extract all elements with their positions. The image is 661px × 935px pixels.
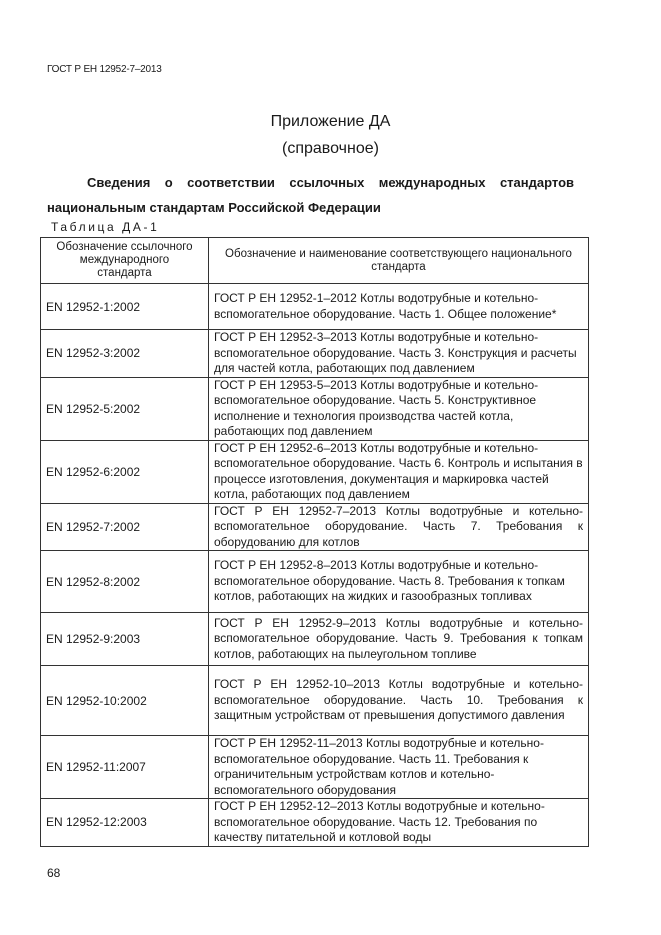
national-standard-cell: ГОСТ Р ЕН 12952-11–2013 Котлы водотрубны… [209, 736, 589, 799]
column-header-reference: Обозначение ссылочного международного ст… [41, 238, 209, 284]
reference-standard-cell: EN 12952-7:2002 [41, 503, 209, 551]
national-standard-cell: ГОСТ Р ЕН 12952-12–2013 Котлы водотрубны… [209, 799, 589, 847]
reference-standard-cell: EN 12952-6:2002 [41, 440, 209, 503]
table-row: EN 12952-6:2002ГОСТ Р ЕН 12952-6–2013 Ко… [41, 440, 589, 503]
table-row: EN 12952-12:2003ГОСТ Р ЕН 12952-12–2013 … [41, 799, 589, 847]
table-row: EN 12952-1:2002ГОСТ Р ЕН 12952-1–2012 Ко… [41, 284, 589, 330]
intro-line-1: Сведения о соответствии ссылочных междун… [47, 170, 574, 195]
national-standard-cell: ГОСТ Р ЕН 12953-5–2013 Котлы водотрубные… [209, 377, 589, 440]
standards-table: Обозначение ссылочного международного ст… [40, 237, 589, 847]
table-row: EN 12952-10:2002ГОСТ Р ЕН 12952-10–2013 … [41, 666, 589, 736]
reference-standard-cell: EN 12952-10:2002 [41, 666, 209, 736]
reference-standard-cell: EN 12952-12:2003 [41, 799, 209, 847]
national-standard-cell: ГОСТ Р ЕН 12952-7–2013 Котлы водотрубные… [209, 503, 589, 551]
table-row: EN 12952-7:2002ГОСТ Р ЕН 12952-7–2013 Ко… [41, 503, 589, 551]
table-caption: Таблица ДА-1 [51, 220, 159, 234]
reference-standard-cell: EN 12952-11:2007 [41, 736, 209, 799]
national-standard-cell: ГОСТ Р ЕН 12952-9–2013 Котлы водотрубные… [209, 613, 589, 666]
appendix-title: Приложение ДА [0, 113, 661, 131]
table-row: EN 12952-11:2007ГОСТ Р ЕН 12952-11–2013 … [41, 736, 589, 799]
table-row: EN 12952-9:2003ГОСТ Р ЕН 12952-9–2013 Ко… [41, 613, 589, 666]
national-standard-cell: ГОСТ Р ЕН 12952-3–2013 Котлы водотрубные… [209, 330, 589, 378]
table-row: EN 12952-5:2002ГОСТ Р ЕН 12953-5–2013 Ко… [41, 377, 589, 440]
running-head: ГОСТ Р ЕН 12952-7–2013 [47, 64, 162, 75]
page-number: 68 [47, 866, 60, 880]
appendix-subtitle: (справочное) [0, 140, 661, 158]
national-standard-cell: ГОСТ Р ЕН 12952-10–2013 Котлы водотрубны… [209, 666, 589, 736]
table-row: EN 12952-8:2002ГОСТ Р ЕН 12952-8–2013 Ко… [41, 551, 589, 613]
reference-standard-cell: EN 12952-9:2003 [41, 613, 209, 666]
intro-line-2: национальным стандартам Российской Федер… [47, 195, 574, 220]
reference-standard-cell: EN 12952-1:2002 [41, 284, 209, 330]
intro-heading: Сведения о соответствии ссылочных междун… [47, 170, 574, 220]
national-standard-cell: ГОСТ Р ЕН 12952-6–2013 Котлы водотрубные… [209, 440, 589, 503]
table-row: EN 12952-3:2002ГОСТ Р ЕН 12952-3–2013 Ко… [41, 330, 589, 378]
table-header-row: Обозначение ссылочного международного ст… [41, 238, 589, 284]
reference-standard-cell: EN 12952-3:2002 [41, 330, 209, 378]
national-standard-cell: ГОСТ Р ЕН 12952-1–2012 Котлы водотрубные… [209, 284, 589, 330]
reference-standard-cell: EN 12952-5:2002 [41, 377, 209, 440]
column-header-national: Обозначение и наименование соответствующ… [209, 238, 589, 284]
reference-standard-cell: EN 12952-8:2002 [41, 551, 209, 613]
national-standard-cell: ГОСТ Р ЕН 12952-8–2013 Котлы водотрубные… [209, 551, 589, 613]
